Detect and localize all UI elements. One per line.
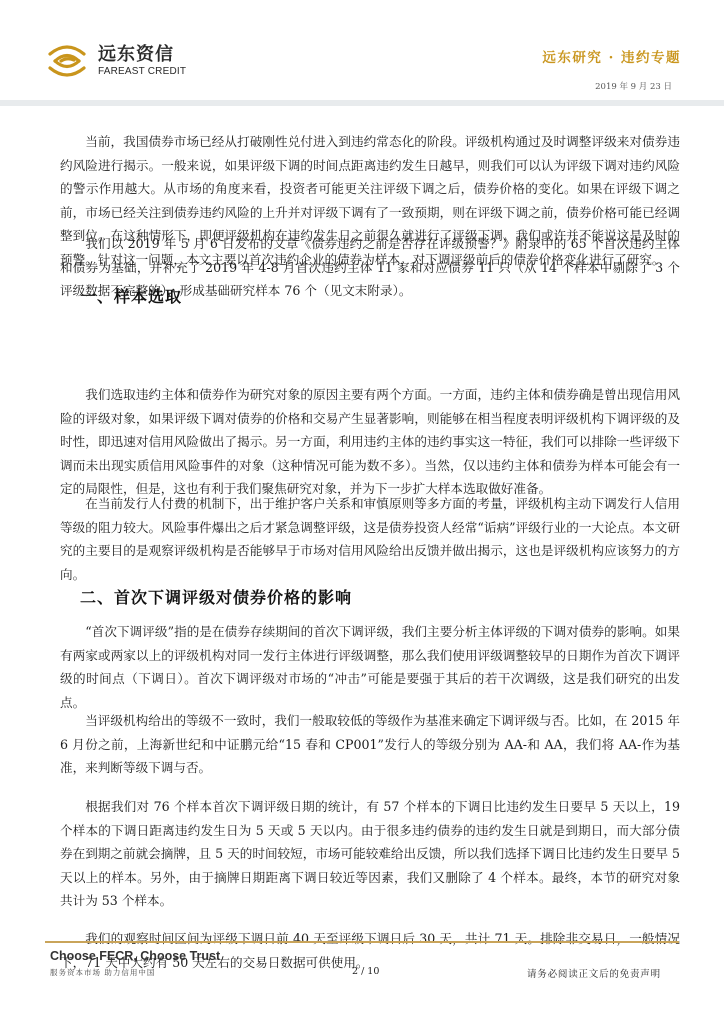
body-paragraph: 当评级机构给出的等级不一致时，我们一般取较低的等级作为基准来确定下调评级与否。比… [60,709,680,780]
section-heading: 二、首次下调评级对债券价格的影响 [80,585,352,608]
footer-slogan: Choose FECR, Choose Trust [50,949,220,963]
report-series-title: 远东研究 · 违约专题 [542,46,681,66]
footer-divider [45,941,679,943]
body-paragraph: 在当前发行人付费的机制下，出于维护客户关系和审慎原则等多方面的考量，评级机构主动… [60,492,680,586]
fareast-logo-icon [44,42,90,80]
body-paragraph: 我们以 2019 年 5 月 6 日发布的文章《债券违约之前是否存在评级预警？》… [60,232,680,303]
logo-chinese-name: 远东资信 [98,45,186,65]
body-paragraph: “首次下调评级”指的是在债券存续期间的首次下调评级，我们主要分析主体评级的下调对… [60,620,680,714]
disclaimer-notice: 请务必阅读正文后的免责声明 [527,966,661,980]
page-header: 远东资信 FAREAST CREDIT 远东研究 · 违约专题 2019 年 9… [0,0,724,100]
report-date: 2019 年 9 月 23 日 [595,80,672,92]
page-number: 2 / 10 [352,966,379,977]
logo-english-name: FAREAST CREDIT [98,65,186,78]
body-paragraph: 根据我们对 76 个样本首次下调评级日期的统计，有 57 个样本的下调日比违约发… [60,795,680,913]
footer-sub-slogan: 服务资本市场 助力信用中国 [50,967,155,978]
body-paragraph: 我们选取违约主体和债券作为研究对象的原因主要有两个方面。一方面，违约主体和债券确… [60,383,680,501]
header-divider [0,100,724,106]
company-logo: 远东资信 FAREAST CREDIT [44,42,186,80]
